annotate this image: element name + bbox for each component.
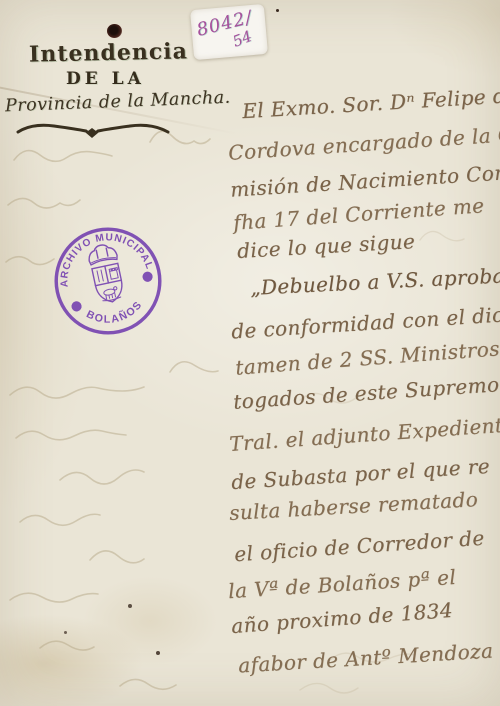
stamp-left-dot: [71, 300, 83, 312]
letterhead-title: Intendencia: [29, 38, 188, 67]
svg-text:BOLAÑOS: BOLAÑOS: [82, 297, 147, 331]
letterhead-flourish: [14, 119, 174, 141]
municipal-archive-stamp: ARCHIVO MUNICIPAL BOLAÑOS: [42, 215, 174, 347]
stamp-right-dot: [142, 271, 154, 283]
letterhead-subtitle: DE LA: [66, 69, 145, 89]
ink-speck: [128, 604, 132, 608]
document-page: Intendencia DE LA Provincia de la Mancha…: [0, 0, 500, 706]
ink-blot: [107, 24, 122, 38]
archive-number-label: 8042/ 54: [190, 4, 268, 60]
ink-speck: [156, 651, 160, 655]
shield-icon: [92, 263, 125, 304]
coat-of-arms: [86, 242, 126, 305]
ink-speck: [64, 631, 67, 634]
ink-speck: [276, 9, 279, 12]
stamp-text-bottom: BOLAÑOS: [82, 297, 147, 331]
